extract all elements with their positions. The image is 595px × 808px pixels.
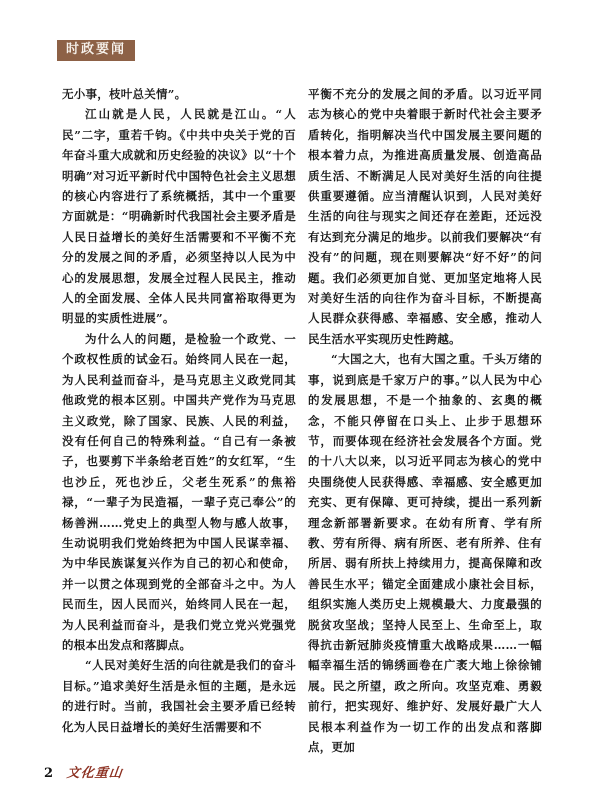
right-column: 平衡不充分的发展之间的矛盾。以习近平同志为核心的党中央着眼于新时代社会主要矛盾转… <box>308 84 542 757</box>
paragraph: “大国之大，也有大国之重。千头万绪的事，说到底是千家万户的事。”以人民为中心的发… <box>308 349 542 757</box>
paragraph: 江山就是人民，人民就是江山。“人民”二字，重若千钧。《中共中央关于党的百年奋斗重… <box>62 104 296 328</box>
paragraph: 平衡不充分的发展之间的矛盾。以习近平同志为核心的党中央着眼于新时代社会主要矛盾转… <box>308 84 542 349</box>
article-body: 无小事，枝叶总关情”。江山就是人民，人民就是江山。“人民”二字，重若千钧。《中共… <box>62 84 542 757</box>
page-footer: 2 文化重山 <box>44 762 123 781</box>
page-number: 2 <box>44 766 53 781</box>
journal-logo: 文化重山 <box>66 762 124 781</box>
section-tag: 时政要闻 <box>57 40 135 61</box>
paragraph: 无小事，枝叶总关情”。 <box>62 84 296 104</box>
paragraph: 为什么人的问题，是检验一个政党、一个政权性质的试金石。始终同人民在一起，为人民利… <box>62 329 296 656</box>
left-column: 无小事，枝叶总关情”。江山就是人民，人民就是江山。“人民”二字，重若千钧。《中共… <box>62 84 296 757</box>
magazine-page: 时政要闻 无小事，枝叶总关情”。江山就是人民，人民就是江山。“人民”二字，重若千… <box>0 0 595 808</box>
paragraph: “人民对美好生活的向往就是我们的奋斗目标。”追求美好生活是永恒的主题，是永远的进… <box>62 655 296 737</box>
